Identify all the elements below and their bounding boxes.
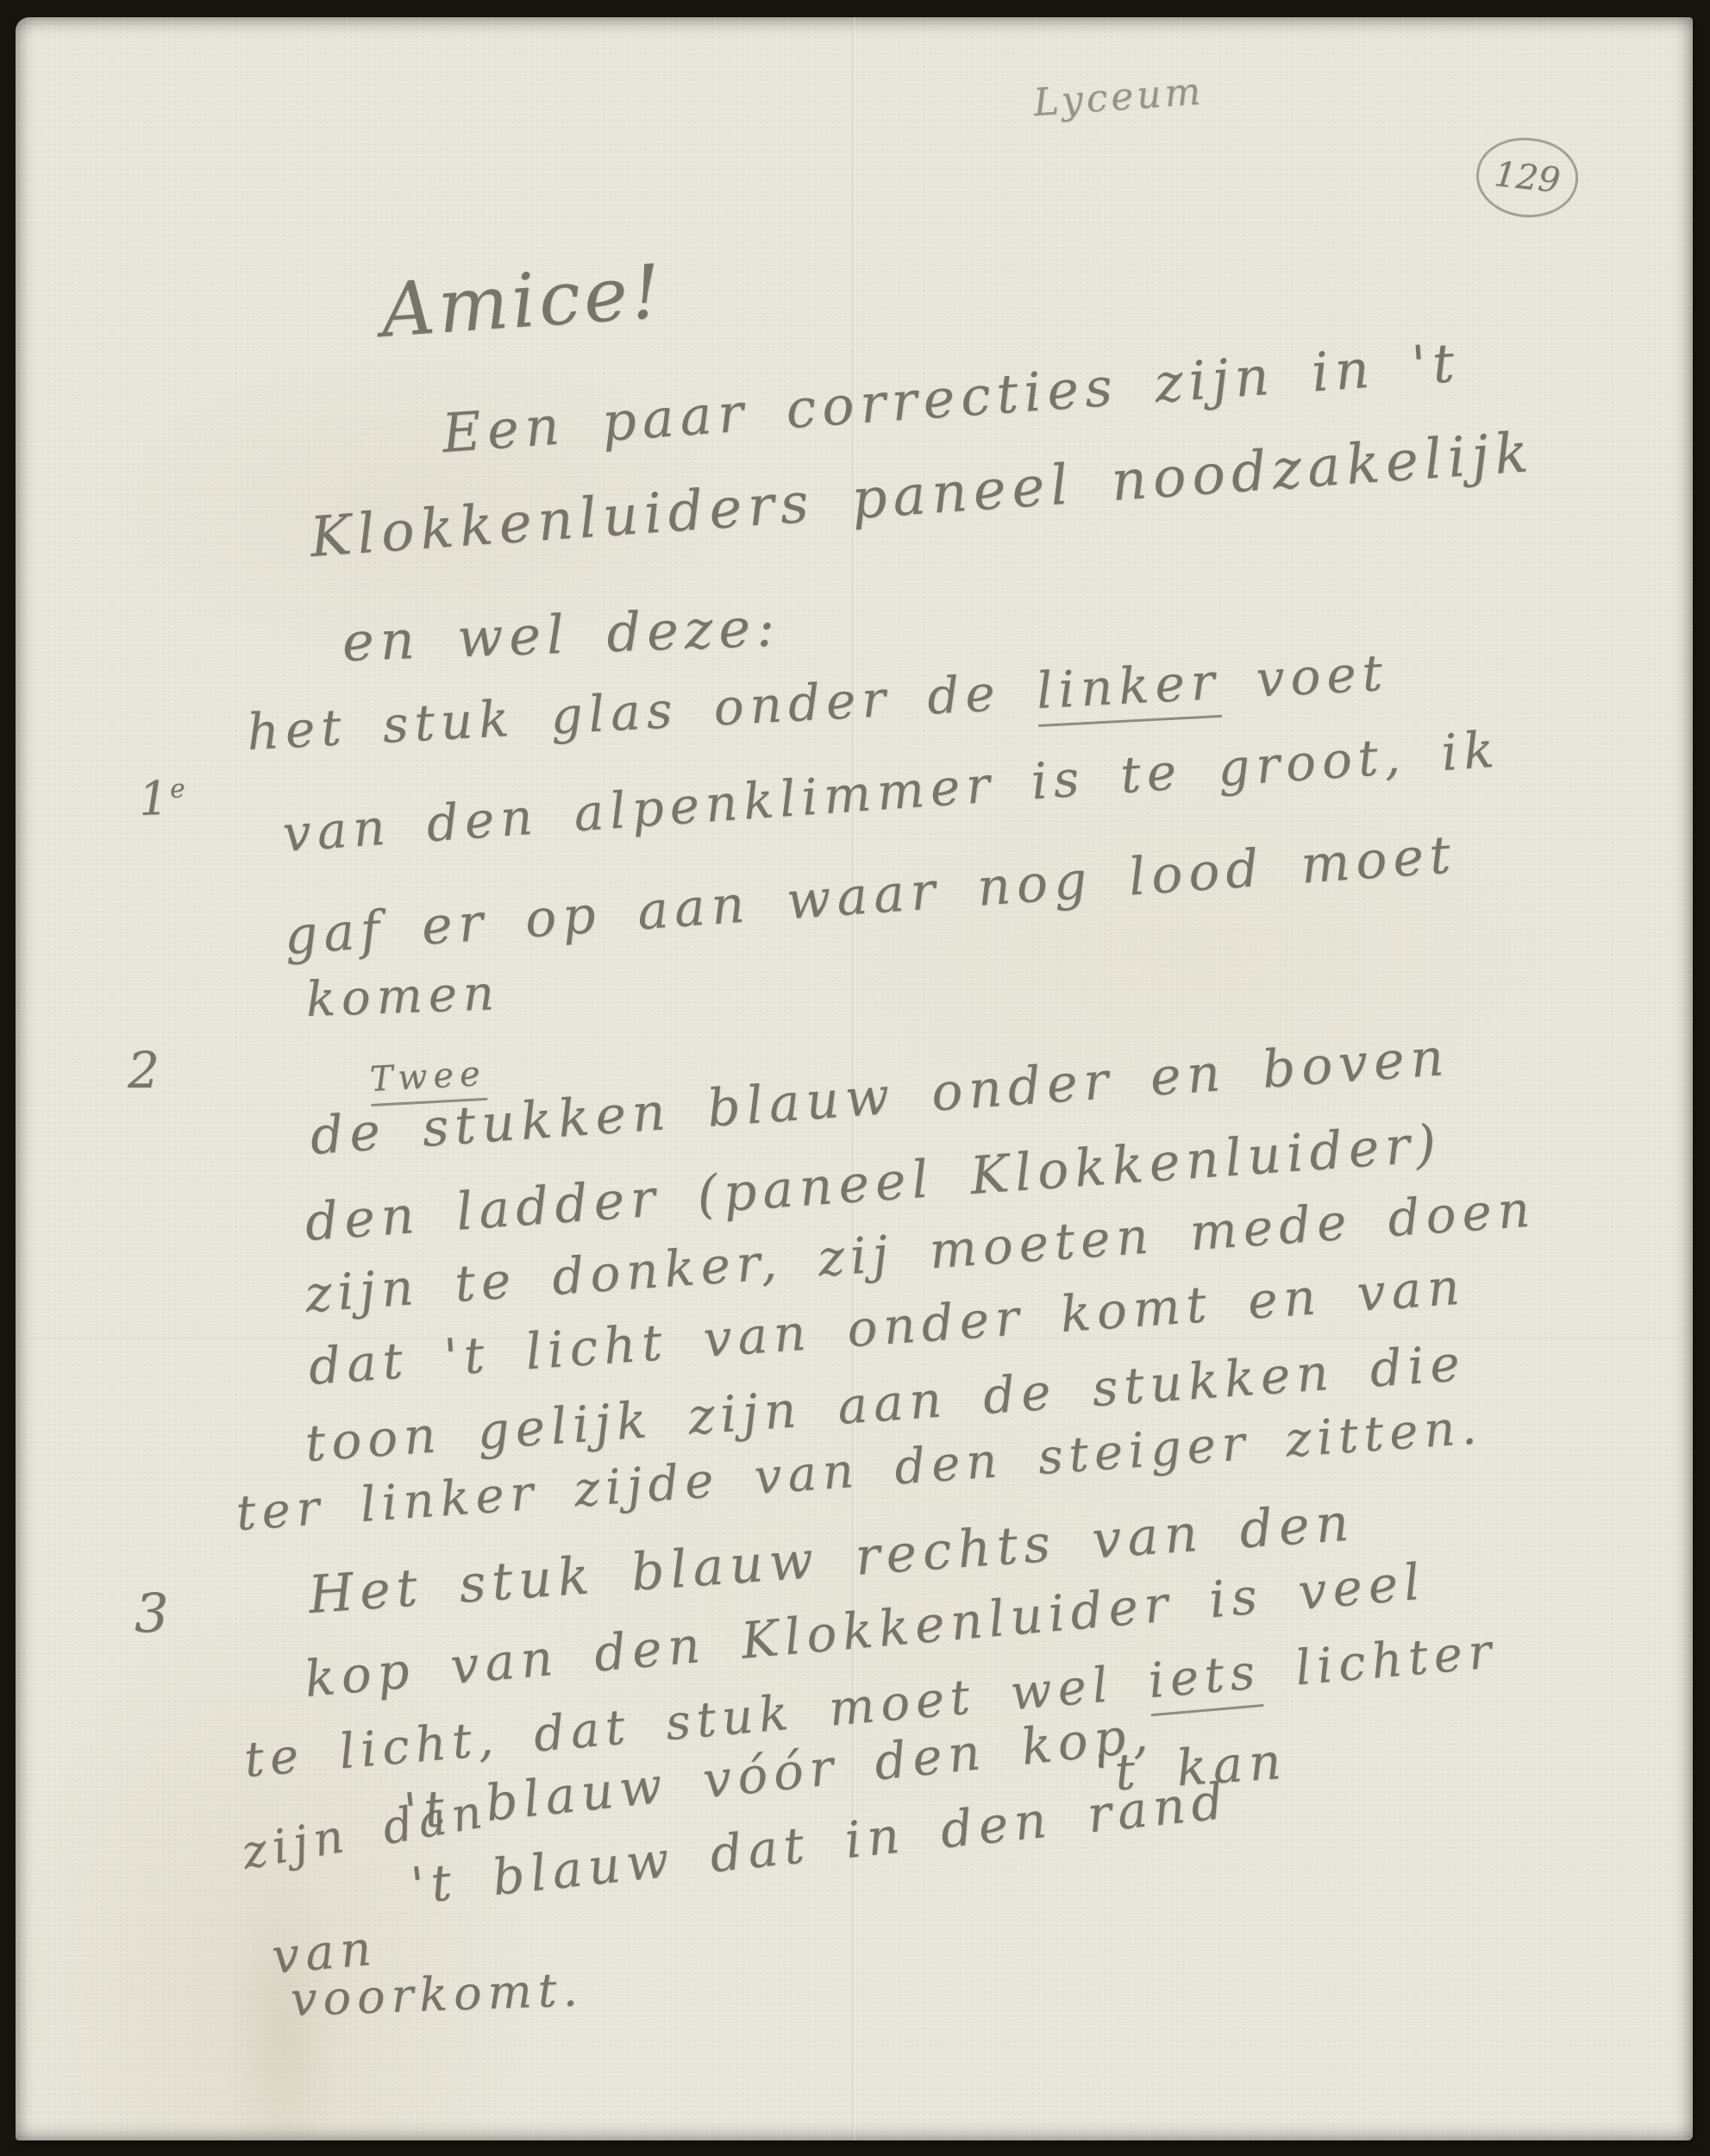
item1-marker-number: 1 (138, 771, 172, 826)
item3-line-6: voorkomt. (290, 1966, 584, 2023)
item3-marker: 3 (135, 1587, 170, 1640)
salutation: Amice! (379, 254, 667, 348)
item2-marker: 2 (128, 1045, 161, 1095)
page-number: 129 (1493, 154, 1563, 201)
item1-line-1-post: voet (1218, 643, 1389, 711)
intro-line-3: en wel deze: (341, 600, 781, 669)
item1-marker-suffix: e (169, 774, 187, 805)
scan: { "colors": { "scan_background": "#16150… (0, 0, 1710, 2156)
inserted-word-twee: Twee (369, 1056, 487, 1097)
underlined-word-linker: linker (1035, 652, 1222, 727)
underlined-word-iets: iets (1146, 1644, 1263, 1716)
item1-marker: 1e (138, 774, 188, 823)
item1-line-4: komen (305, 969, 501, 1025)
